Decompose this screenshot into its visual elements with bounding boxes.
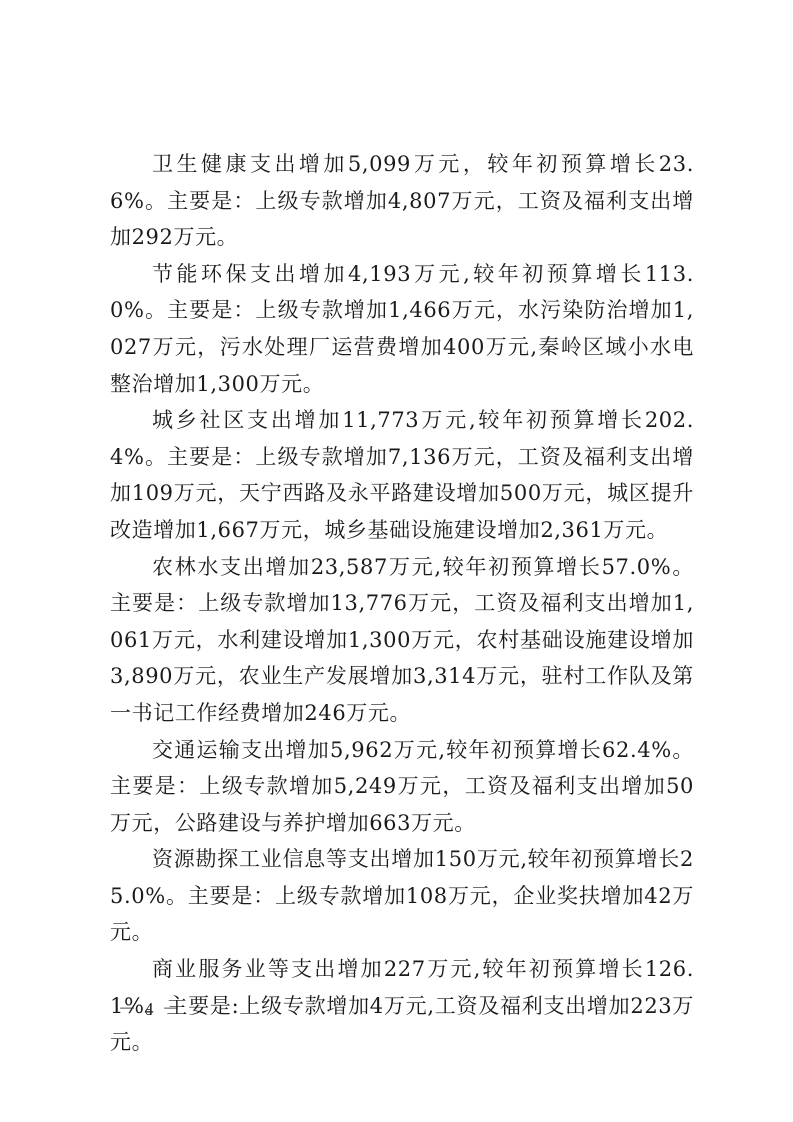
paragraph-urban-rural-community: 城乡社区支出增加11,773万元,较年初预算增长202.4%。主要是：上级专款增… [110, 402, 694, 548]
paragraph-health: 卫生健康支出增加5,099万元，较年初预算增长23.6%。主要是：上级专款增加4… [110, 146, 694, 256]
document-page: 卫生健康支出增加5,099万元，较年初预算增长23.6%。主要是：上级专款增加4… [0, 0, 793, 1122]
paragraph-commerce-services: 商业服务业等支出增加227万元,较年初预算增长126.1%。主要是:上级专款增加… [110, 951, 694, 1061]
paragraph-energy-environment: 节能环保支出增加4,193万元,较年初预算增长113.0%。主要是：上级专款增加… [110, 256, 694, 402]
paragraph-resources-industry-info: 资源勘探工业信息等支出增加150万元,较年初预算增长25.0%。主要是：上级专款… [110, 841, 694, 951]
page-number: － 4 － [118, 995, 182, 1021]
document-body: 卫生健康支出增加5,099万元，较年初预算增长23.6%。主要是：上级专款增加4… [110, 146, 694, 1061]
paragraph-agriculture-forestry-water: 农林水支出增加23,587万元,较年初预算增长57.0%。主要是：上级专款增加1… [110, 549, 694, 732]
paragraph-transportation: 交通运输支出增加5,962万元,较年初预算增长62.4%。主要是：上级专款增加5… [110, 732, 694, 842]
